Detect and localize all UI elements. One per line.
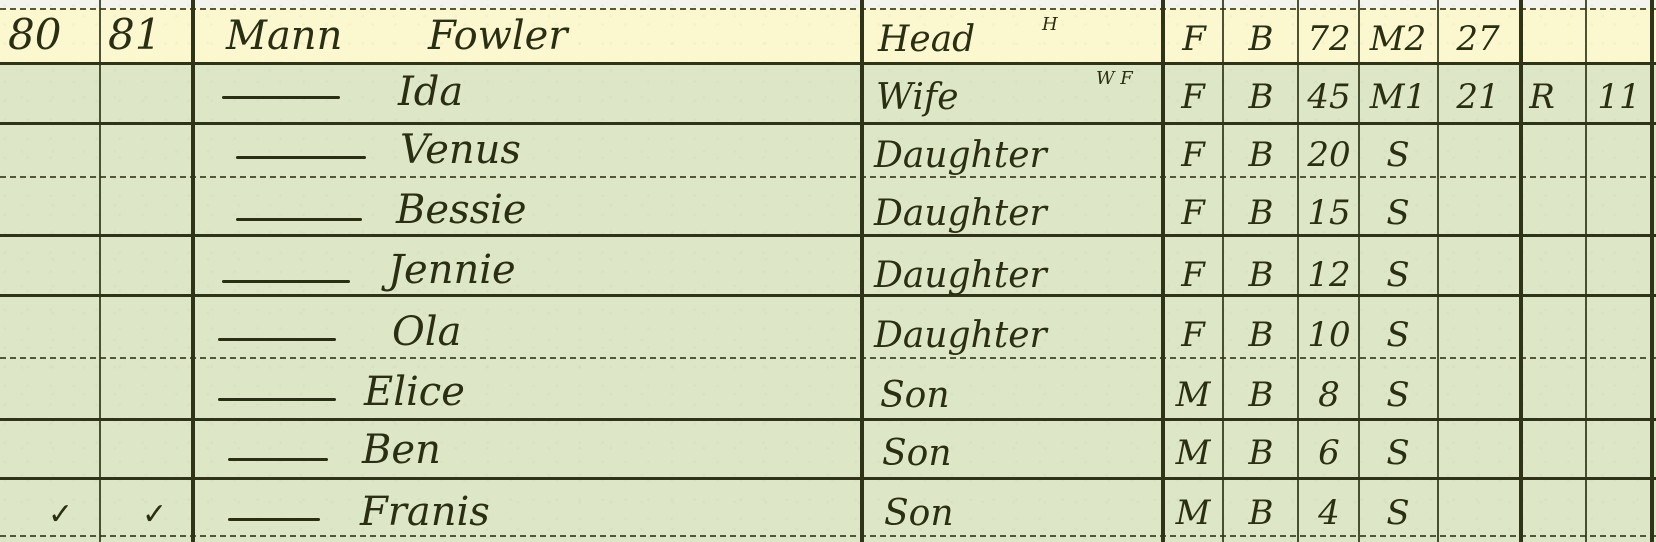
given-name: Jennie [388,250,516,290]
marital-status: S [1362,378,1434,412]
age: 20 [1302,138,1356,172]
relation: Daughter [874,258,1047,294]
given-name: Ola [392,312,461,352]
row-divider [0,535,1656,537]
relation: Wife [876,80,959,116]
row-divider [0,418,1656,421]
age: 12 [1302,258,1356,292]
relation: Daughter [874,196,1047,232]
column-divider [99,0,101,542]
marital-status: S [1362,196,1434,230]
ditto-dash [228,518,320,521]
extra-col-1: R [1522,80,1562,114]
ditto-dash [218,398,336,401]
age: 15 [1302,196,1356,230]
column-divider [1650,0,1654,542]
age: 8 [1302,378,1356,412]
column-divider [191,0,195,542]
ditto-dash [218,338,336,341]
race: B [1230,258,1292,292]
census-sheet: 80 81 ✓ ✓ Mann Fowler Head H F B 72 M2 2… [0,0,1656,542]
column-divider [860,0,864,542]
column-divider [1161,0,1165,542]
years-married: 27 [1440,22,1516,56]
marital-status: M2 [1362,22,1434,56]
given-name: Franis [360,492,490,532]
race: B [1230,378,1292,412]
row-divider [0,234,1656,237]
marital-status: S [1362,496,1434,530]
relation: Daughter [874,138,1047,174]
column-divider [1437,0,1439,542]
given-name: Ida [398,72,463,112]
given-name: Elice [364,372,465,412]
race: B [1230,196,1292,230]
dwelling-number: 80 [8,14,61,56]
sex: M [1166,436,1220,470]
relation: Head [878,22,975,58]
race: B [1230,80,1292,114]
ditto-dash [222,96,340,99]
column-divider [1358,0,1360,542]
row-divider [0,122,1656,125]
race: B [1230,496,1292,530]
sex: F [1168,80,1218,114]
marital-status: S [1362,318,1434,352]
sex: F [1170,318,1216,352]
row-divider [0,176,1656,178]
sex: F [1170,258,1216,292]
column-divider [1297,0,1299,542]
sex: M [1166,378,1220,412]
ditto-dash [228,458,328,461]
race: B [1230,436,1292,470]
relation: Daughter [874,318,1047,354]
row-divider [0,62,1656,65]
age: 45 [1302,80,1356,114]
relation-note: H [1042,16,1058,34]
sex: F [1172,22,1216,56]
extra-col-2: 11 [1590,80,1648,114]
marital-status: M1 [1362,80,1434,114]
years-married: 21 [1440,80,1516,114]
relation-note: W F [1096,70,1133,88]
sex: F [1170,138,1216,172]
ditto-dash [236,156,366,159]
age: 6 [1302,436,1356,470]
race: B [1230,318,1292,352]
sex: M [1166,496,1220,530]
given-name: Bessie [396,190,527,230]
ditto-dash [236,218,362,221]
family-number: 81 [108,14,161,56]
race: B [1230,22,1292,56]
given-name: Fowler [428,16,567,56]
row-divider [0,8,1656,10]
relation: Son [880,378,950,414]
relation: Son [884,496,954,532]
column-divider [1222,0,1224,542]
marital-status: S [1362,138,1434,172]
given-name: Venus [400,130,521,170]
age: 10 [1302,318,1356,352]
check-mark: ✓ [142,500,167,530]
row-divider [0,477,1656,480]
given-name: Ben [362,430,441,470]
age: 4 [1302,496,1356,530]
marital-status: S [1362,258,1434,292]
relation: Son [882,436,952,472]
previous-row-edge [0,0,1656,8]
ditto-dash [222,280,350,283]
marital-status: S [1362,436,1434,470]
surname: Mann [226,16,342,56]
check-mark: ✓ [48,500,73,530]
row-divider [0,357,1656,359]
column-divider [1585,0,1587,542]
race: B [1230,138,1292,172]
sex: F [1170,196,1216,230]
age: 72 [1302,22,1356,56]
